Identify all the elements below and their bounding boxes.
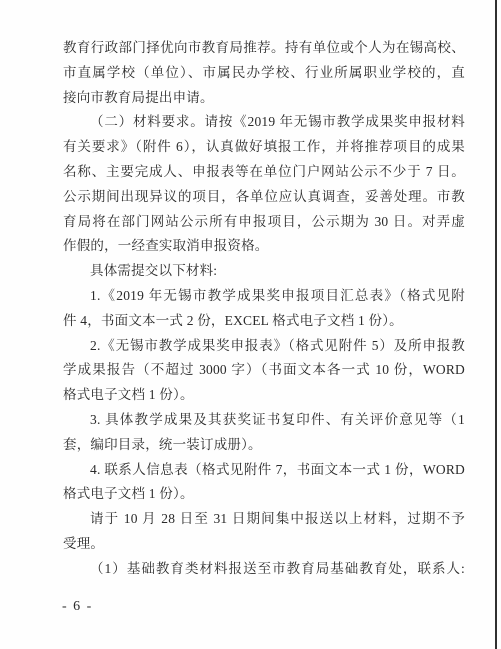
document-line: 具体需提交以下材料: (63, 259, 465, 284)
page-edge-line (495, 0, 497, 649)
document-line: 件 4，书面文本一式 2 份，EXCEL 格式电子文档 1 份）。 (63, 309, 465, 334)
document-line: （二）材料要求。请按《2019 年无锡市教学成果奖申报材料 (63, 110, 465, 135)
document-line: 学成果报告（不超过 3000 字）（书面文本各一式 10 份，WORD (63, 358, 465, 383)
document-line: 3. 具体教学成果及其获奖证书复印件、有关评价意见等（1 (63, 408, 465, 433)
document-line: 2.《无锡市教学成果奖申报表》（格式见附件 5）及所申报教 (63, 334, 465, 359)
document-page: 教育行政部门择优向市教育局推荐。持有单位或个人为在锡高校、 市直属学校（单位）、… (0, 0, 501, 649)
document-line: （1）基础教育类材料报送至市教育局基础教育处，联系人: (63, 557, 465, 582)
page-number: - 6 - (62, 598, 93, 616)
document-line: 格式电子文档 1 份）。 (63, 482, 465, 507)
document-line: 格式电子文档 1 份）。 (63, 383, 465, 408)
document-body: 教育行政部门择优向市教育局推荐。持有单位或个人为在锡高校、 市直属学校（单位）、… (63, 36, 465, 582)
document-line: 有关要求》（附件 6），认真做好填报工作，并将推荐项目的成果 (63, 135, 465, 160)
document-line: 育局将在部门网站公示所有申报项目，公示期为 30 日。对弄虚 (63, 210, 465, 235)
document-line: 4. 联系人信息表（格式见附件 7，书面文本一式 1 份，WORD (63, 458, 465, 483)
document-line: 1.《2019 年无锡市教学成果奖申报项目汇总表》（格式见附 (63, 284, 465, 309)
document-line: 教育行政部门择优向市教育局推荐。持有单位或个人为在锡高校、 (63, 36, 465, 61)
document-line: 套，编印目录，统一装订成册）。 (63, 433, 465, 458)
document-line: 市直属学校（单位）、市属民办学校、行业所属职业学校的，直 (63, 61, 465, 86)
document-line: 接向市教育局提出申请。 (63, 86, 465, 111)
document-line: 请于 10 月 28 日至 31 日期间集中报送以上材料，过期不予 (63, 507, 465, 532)
document-line: 公示期间出现异议的项目，各单位应认真调查，妥善处理。市教 (63, 185, 465, 210)
document-line: 名称、主要完成人、申报表等在单位门户网站公示不少于 7 日。 (63, 160, 465, 185)
document-line: 作假的，一经查实取消申报资格。 (63, 234, 465, 259)
document-line: 受理。 (63, 532, 465, 557)
